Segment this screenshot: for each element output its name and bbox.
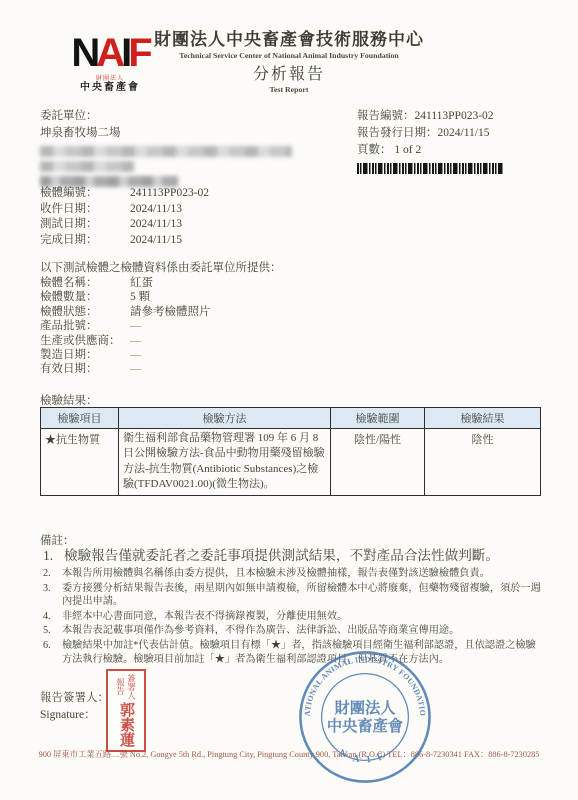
sample-info-block: 檢體名稱：紅蛋 檢體數量：5 顆 檢體狀態：請參考檢體照片 產品批號：— 生產或… [40, 276, 211, 377]
sample-meta-row: 完成日期：2024/11/15 [40, 233, 209, 249]
org-name-zh: 財團法人中央畜產會技術服務中心 [0, 30, 578, 50]
issue-date-label: 報告發行日期： [357, 127, 438, 139]
report-no-label: 報告編號： [357, 110, 415, 122]
sample-info-row: 製造日期：— [40, 348, 211, 362]
stamp-col-right: 簽署人 [127, 674, 137, 700]
report-info-block: 報告編號：241113PP023-02 報告發行日期：2024/11/15 頁數… [357, 108, 503, 174]
col-header-item: 檢驗項目 [41, 408, 119, 429]
results-table: 檢驗項目 檢驗方法 檢驗範圍 檢驗結果 ★抗生物質 衛生福利部食品藥物管理署 1… [40, 407, 541, 496]
client-label: 委託單位： [40, 108, 292, 125]
sample-meta-row: 檢體編號：241113PP023-02 [40, 186, 209, 202]
client-block: 委託單位： 坤泉畜牧場二場 [40, 108, 292, 187]
org-name-en: Technical Service Center of National Ani… [0, 52, 578, 61]
result-range-cell: 陰性/陽性 [331, 429, 425, 496]
pages-row: 頁數： 1 of 2 [357, 142, 503, 159]
exp-date-value: — [130, 363, 142, 375]
col-header-method: 檢驗方法 [119, 408, 331, 429]
sample-state-value: 請參考檢體照片 [130, 306, 211, 318]
sample-state-label: 檢體狀態： [40, 305, 130, 319]
supplier-label: 生產或供應商： [40, 334, 130, 348]
sample-info-row: 檢體名稱：紅蛋 [40, 276, 211, 290]
sample-meta-block: 檢體編號：241113PP023-02 收件日期：2024/11/13 測試日期… [40, 186, 209, 248]
completed-date-value: 2024/11/15 [130, 234, 182, 246]
received-date-label: 收件日期： [40, 202, 130, 218]
notes-list: 檢驗報告僅就委託者之委託事項提供測試結果，不對產品合法性做判斷。 本報告所用檢體… [40, 546, 545, 667]
barcode [357, 163, 503, 174]
test-date-value: 2024/11/13 [130, 218, 182, 230]
sample-qty-label: 檢體數量： [40, 290, 130, 304]
foundation-round-stamp: NATIONAL ANIMAL INDUSTRY FOUNDATION NAIF… [296, 648, 434, 786]
col-header-result: 檢驗結果 [425, 408, 541, 429]
report-no-value: 241113PP023-02 [415, 110, 494, 122]
supplier-value: — [130, 335, 142, 347]
sample-info-row: 產品批號：— [40, 319, 211, 333]
sample-info-row: 有效日期：— [40, 362, 211, 376]
signature-label-en: Signature： [40, 707, 109, 724]
issue-date-value: 2024/11/15 [438, 127, 490, 139]
redacted-line [40, 161, 134, 172]
report-no-row: 報告編號：241113PP023-02 [357, 108, 503, 125]
report-title-en: Test Report [0, 86, 578, 95]
sample-meta-row: 收件日期：2024/11/13 [40, 202, 209, 218]
sample-id-label: 檢體編號： [40, 186, 130, 202]
client-name: 坤泉畜牧場二場 [40, 125, 292, 142]
stamp-center-line2: 中央畜產會 [327, 717, 403, 735]
mfg-date-value: — [130, 349, 142, 361]
results-section-label: 檢驗結果： [40, 392, 98, 408]
note-item-4: 非經本中心書面同意，本報告表不得摘錄複製，分離使用無效。 [40, 610, 545, 624]
sample-qty-value: 5 顆 [130, 291, 150, 303]
completed-date-label: 完成日期： [40, 233, 130, 249]
redacted-address [40, 146, 292, 157]
signature-block: 報告簽署人： Signature： [40, 690, 109, 724]
sample-info-intro: 以下測試檢體之檢體資料係由委託單位所提供： [40, 259, 282, 275]
mfg-date-label: 製造日期： [40, 348, 130, 362]
signer-name: 郭素蓮 [118, 702, 134, 747]
pages-value: 1 of 2 [392, 144, 422, 156]
sample-name-value: 紅蛋 [130, 277, 153, 289]
sample-info-row: 生產或供應商：— [40, 334, 211, 348]
sample-meta-row: 測試日期：2024/11/13 [40, 217, 209, 233]
stamp-ring-bottom-text: NAIF [337, 747, 392, 766]
note-item-6: 檢驗結果中加註*代表估計值。檢驗項目有標「★」者，指該檢驗項目經衛生福利部認證，… [40, 639, 545, 666]
note-item-2: 本報告所用檢體與名稱係由委方提供，且本檢驗未涉及檢體抽樣，報告表僅對該送驗檢體負… [40, 567, 545, 581]
exp-date-label: 有效日期： [40, 362, 130, 376]
svg-text:NAIF: NAIF [337, 747, 392, 766]
batch-no-value: — [130, 320, 142, 332]
result-item-cell: ★抗生物質 [41, 429, 119, 496]
note-item-5: 本報告表記載事項僅作為參考資料，不得作為廣告、法律訴訟、出版品等商業宣傳用途。 [40, 624, 545, 638]
pages-label: 頁數： [357, 144, 392, 156]
test-report-page: NAIF 財團法人 中央畜產會 財團法人中央畜產會技術服務中心 Technica… [0, 0, 578, 800]
sample-info-row: 檢體數量：5 顆 [40, 290, 211, 304]
result-method-cell: 衛生福利部食品藥物管理署 109 年 6 月 8 日公開檢驗方法-食品中動物用藥… [119, 429, 331, 496]
sample-id-value: 241113PP023-02 [130, 187, 209, 199]
stamp-col-left: 報告 [116, 674, 126, 700]
report-title-zh: 分析報告 [0, 66, 578, 84]
sample-info-row: 檢體狀態：請參考檢體照片 [40, 305, 211, 319]
note-item-3: 委方接獲分析結果報告表後，兩星期內如無申請複檢，所留檢體本中心將廢棄，但藥物殘留… [40, 582, 545, 609]
col-header-range: 檢驗範圍 [331, 408, 425, 429]
table-row: ★抗生物質 衛生福利部食品藥物管理署 109 年 6 月 8 日公開檢驗方法-食… [41, 429, 541, 496]
results-header-row: 檢驗項目 檢驗方法 檢驗範圍 檢驗結果 [41, 408, 541, 429]
note-item-1: 檢驗報告僅就委託者之委託事項提供測試結果，不對產品合法性做判斷。 [40, 546, 545, 565]
signer-stamp-title: 簽署人 報告 [109, 674, 143, 700]
test-date-label: 測試日期： [40, 217, 130, 233]
report-header: 財團法人中央畜產會技術服務中心 Technical Service Center… [0, 30, 578, 95]
sample-name-label: 檢體名稱： [40, 276, 130, 290]
footer-address: 900 屏東市工業五路二號 No.2, Gongye 5th Rd., Ping… [0, 748, 578, 760]
signer-name-stamp: 簽署人 報告 郭素蓮 [106, 669, 146, 752]
stamp-center-line1: 財團法人 [334, 699, 396, 717]
received-date-value: 2024/11/13 [130, 203, 182, 215]
result-value-cell: 陰性 [425, 429, 541, 496]
issue-date-row: 報告發行日期：2024/11/15 [357, 125, 503, 142]
batch-no-label: 產品批號： [40, 319, 130, 333]
signature-label-zh: 報告簽署人： [40, 690, 109, 707]
